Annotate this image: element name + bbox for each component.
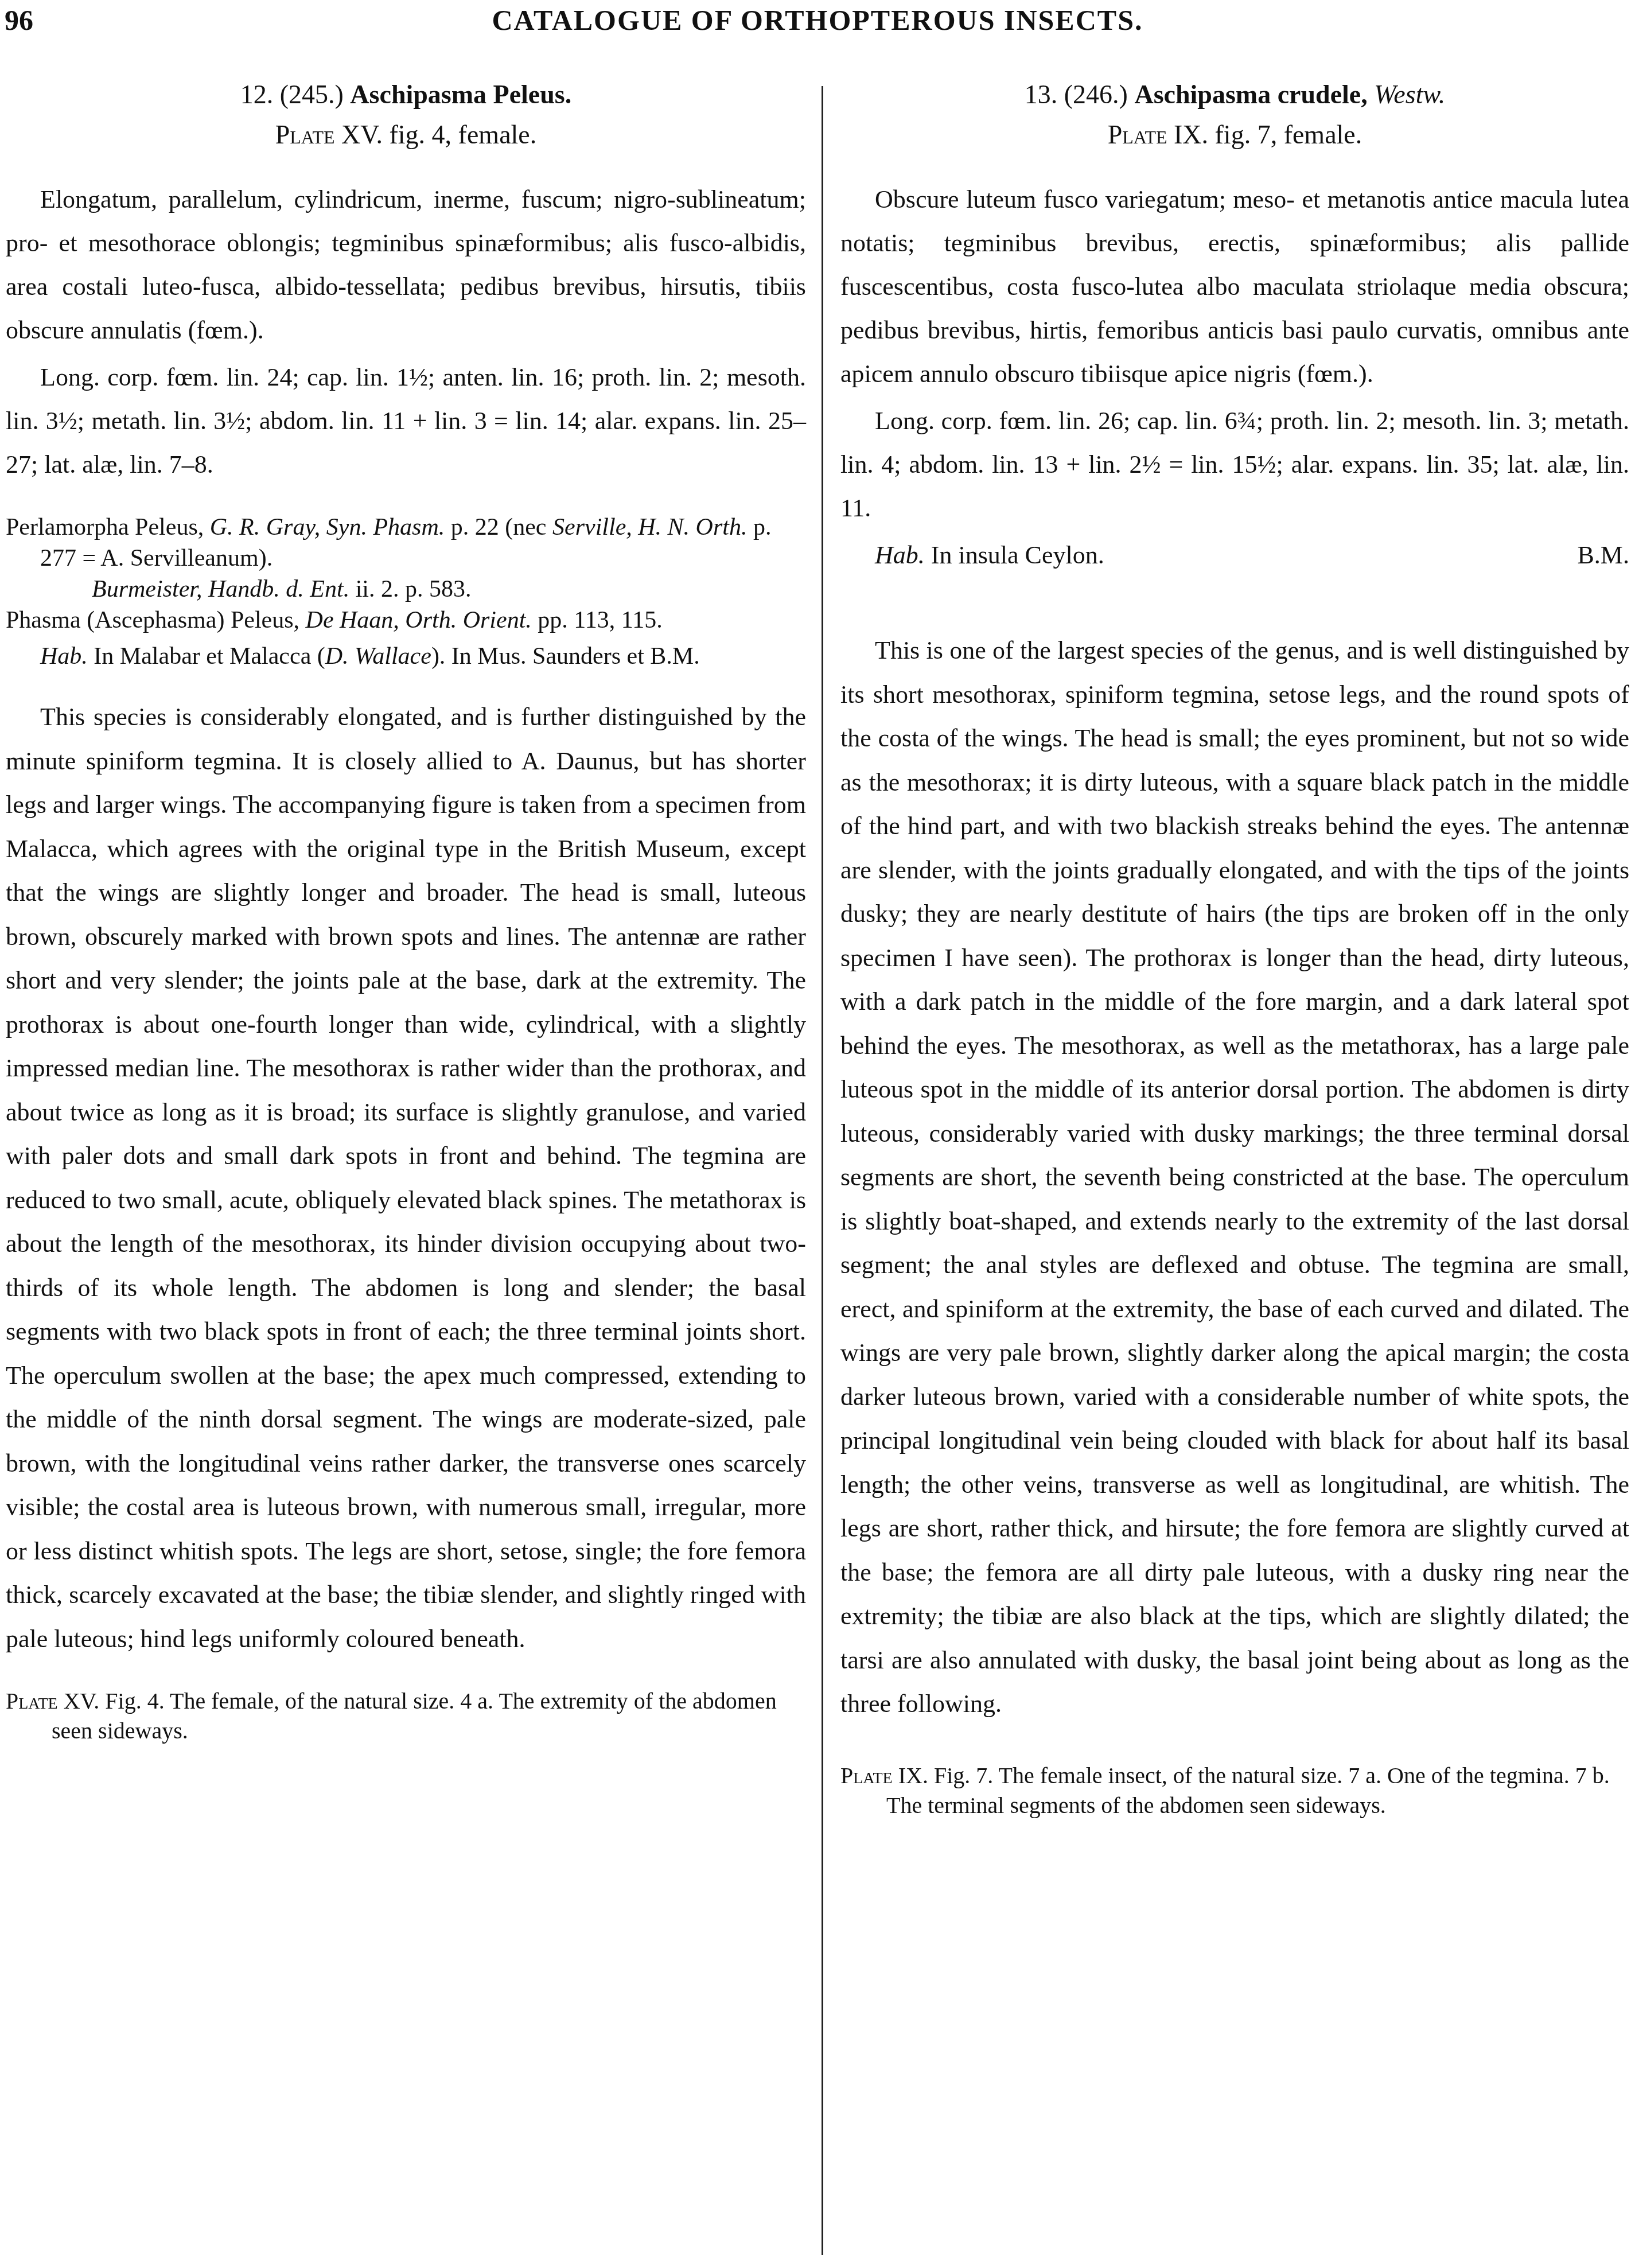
plate-reference: Plate XV. fig. 4, female. — [6, 115, 806, 155]
column-divider — [822, 86, 823, 2255]
species-description: This is one of the largest species of th… — [840, 629, 1629, 1726]
right-column: 13. (246.) Aschipasma crudele, Westw. Pl… — [840, 75, 1629, 1820]
habitat: Hab. In insula Ceylon. B.M. — [840, 534, 1629, 577]
species-number: 13. (246.) — [1025, 80, 1128, 109]
species-heading: 13. (246.) Aschipasma crudele, Westw. — [840, 75, 1629, 115]
plate-caption: Plate XV. Fig. 4. The female, of the nat… — [6, 1686, 806, 1746]
species-name: Aschipasma crudele, — [1134, 80, 1367, 109]
species-description: This species is considerably elongated, … — [6, 695, 806, 1661]
left-column: 12. (245.) Aschipasma Peleus. Plate XV. … — [6, 75, 806, 1746]
species-author: Westw. — [1368, 80, 1445, 109]
synonym-entry: Perlamorpha Peleus, G. R. Gray, Syn. Pha… — [6, 512, 806, 574]
synonym-entry: Burmeister, Handb. d. Ent. ii. 2. p. 583… — [6, 574, 806, 605]
plate-reference: Plate IX. fig. 7, female. — [840, 115, 1629, 155]
species-heading: 12. (245.) Aschipasma Peleus. — [6, 75, 806, 115]
species-name: Aschipasma Peleus. — [350, 80, 571, 109]
museum-code: B.M. — [1578, 534, 1629, 577]
species-number: 12. (245.) — [240, 80, 344, 109]
page-header: 96 CATALOGUE OF ORTHOPTEROUS INSECTS. — [0, 3, 1635, 38]
running-title: CATALOGUE OF ORTHOPTEROUS INSECTS. — [0, 3, 1635, 37]
measurements: Long. corp. fœm. lin. 26; cap. lin. 6¾; … — [840, 399, 1629, 530]
latin-diagnosis: Elongatum, parallelum, cylindricum, iner… — [6, 178, 806, 352]
habitat: Hab. In Malabar et Malacca (D. Wallace).… — [6, 640, 806, 672]
synonym-entry: Phasma (Ascephasma) Peleus, De Haan, Ort… — [6, 605, 806, 636]
measurements: Long. corp. fœm. lin. 24; cap. lin. 1½; … — [6, 356, 806, 487]
synonymy: Perlamorpha Peleus, G. R. Gray, Syn. Pha… — [6, 512, 806, 636]
plate-caption: Plate IX. Fig. 7. The female insect, of … — [840, 1761, 1629, 1820]
latin-diagnosis: Obscure luteum fusco variegatum; meso- e… — [840, 178, 1629, 396]
